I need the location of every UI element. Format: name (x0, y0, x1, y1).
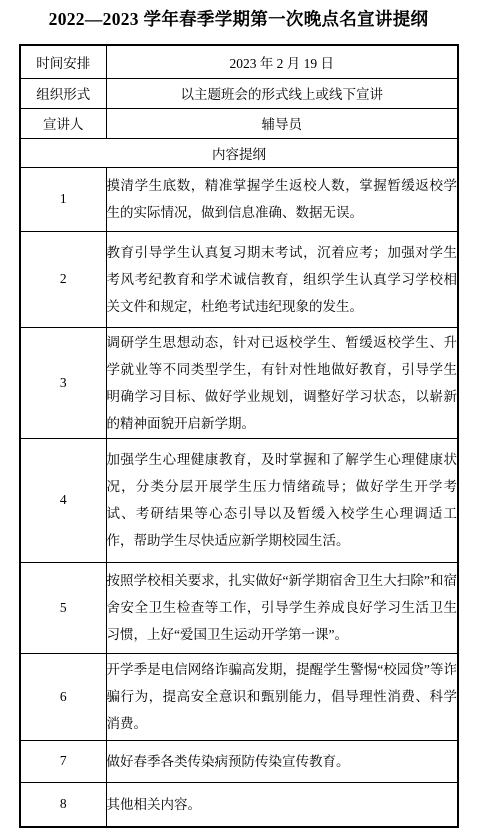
item-number: 1 (20, 167, 106, 231)
page-title: 2022—2023 学年春季学期第一次晚点名宣讲提纲 (0, 7, 477, 31)
briefing-table: 时间安排 2023 年 2 月 19 日 组织形式 以主题班会的形式线上或线下宣… (19, 44, 459, 828)
table-row-item-3: 3 调研学生思想动态，针对已返校学生、暂缓返校学生、升学就业等不同类型学生，有针… (20, 327, 458, 438)
meta-label-speaker: 宣讲人 (20, 108, 106, 138)
item-number: 7 (20, 740, 106, 782)
item-number: 8 (20, 782, 106, 827)
table-row-item-1: 1 摸清学生底数，精准掌握学生返校人数，掌握暂缓返校学生的实际情况，做到信息准确… (20, 167, 458, 231)
document-page: 2022—2023 学年春季学期第一次晚点名宣讲提纲 时间安排 2023 年 2… (0, 7, 477, 834)
item-text: 摸清学生底数，精准掌握学生返校人数，掌握暂缓返校学生的实际情况，做到信息准确、数… (106, 167, 458, 231)
meta-value-format: 以主题班会的形式线上或线下宣讲 (106, 78, 458, 108)
item-text: 调研学生思想动态，针对已返校学生、暂缓返校学生、升学就业等不同类型学生，有针对性… (106, 327, 458, 438)
meta-label-format: 组织形式 (20, 78, 106, 108)
table-row-speaker: 宣讲人 辅导员 (20, 108, 458, 138)
item-number: 6 (20, 653, 106, 740)
table-row-item-5: 5 按照学校相关要求，扎实做好“新学期宿舍卫生大扫除”和宿舍安全卫生检查等工作，… (20, 562, 458, 653)
meta-value-time: 2023 年 2 月 19 日 (106, 45, 458, 78)
meta-label-time: 时间安排 (20, 45, 106, 78)
table-row-time: 时间安排 2023 年 2 月 19 日 (20, 45, 458, 78)
meta-value-speaker: 辅导员 (106, 108, 458, 138)
table-row-item-2: 2 教育引导学生认真复习期末考试，沉着应考；加强对学生考风考纪教育和学术诚信教育… (20, 231, 458, 327)
item-text: 开学季是电信网络诈骗高发期，提醒学生警惕“校园贷”等诈骗行为，提高安全意识和甄别… (106, 653, 458, 740)
item-text: 做好春季各类传染病预防传染宣传教育。 (106, 740, 458, 782)
item-text: 其他相关内容。 (106, 782, 458, 827)
item-text: 按照学校相关要求，扎实做好“新学期宿舍卫生大扫除”和宿舍安全卫生检查等工作，引导… (106, 562, 458, 653)
item-number: 3 (20, 327, 106, 438)
table-row-format: 组织形式 以主题班会的形式线上或线下宣讲 (20, 78, 458, 108)
table-row-item-4: 4 加强学生心理健康教育，及时掌握和了解学生心理健康状况，分类分层开展学生压力情… (20, 438, 458, 562)
item-number: 4 (20, 438, 106, 562)
item-text: 加强学生心理健康教育，及时掌握和了解学生心理健康状况，分类分层开展学生压力情绪疏… (106, 438, 458, 562)
item-text: 教育引导学生认真复习期末考试，沉着应考；加强对学生考风考纪教育和学术诚信教育，组… (106, 231, 458, 327)
table-row-item-6: 6 开学季是电信网络诈骗高发期，提醒学生警惕“校园贷”等诈骗行为，提高安全意识和… (20, 653, 458, 740)
item-number: 5 (20, 562, 106, 653)
item-number: 2 (20, 231, 106, 327)
table-row-section-header: 内容提纲 (20, 138, 458, 167)
table-row-item-7: 7 做好春季各类传染病预防传染宣传教育。 (20, 740, 458, 782)
table-row-item-8: 8 其他相关内容。 (20, 782, 458, 827)
section-header: 内容提纲 (20, 138, 458, 167)
